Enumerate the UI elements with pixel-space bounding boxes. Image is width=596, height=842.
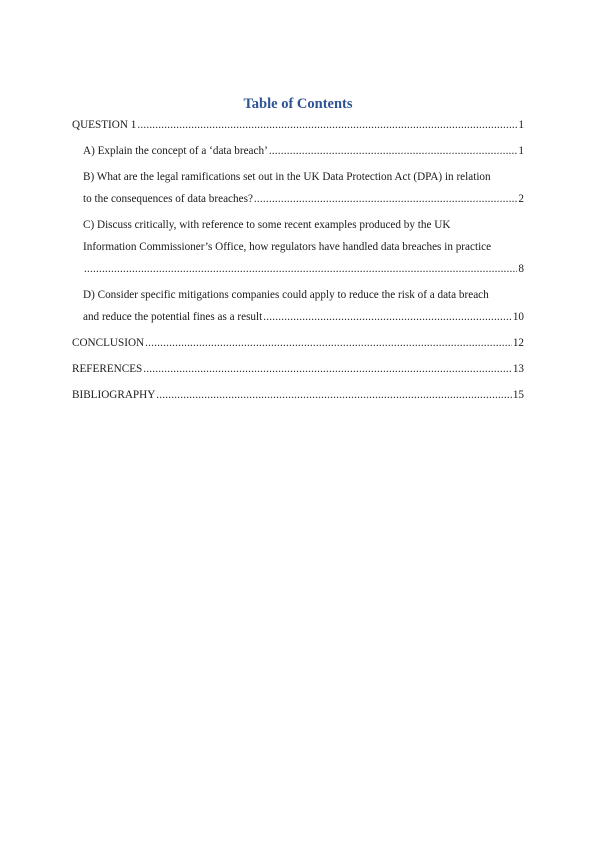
toc-dot-leader <box>145 332 512 354</box>
toc-entry-line: 8 <box>83 258 524 280</box>
toc-dot-leader <box>156 384 512 406</box>
toc-entry-text: to the consequences of data breaches? <box>83 188 253 210</box>
toc-page-number: 10 <box>513 306 524 328</box>
toc-page-number: 12 <box>513 332 524 354</box>
toc-entry-line: and reduce the potential fines as a resu… <box>83 306 524 328</box>
toc-entry[interactable]: QUESTION 11 <box>72 114 524 136</box>
toc-page-number: 8 <box>518 258 524 280</box>
toc-entry-line: C) Discuss critically, with reference to… <box>83 214 524 236</box>
toc-entry-line: B) What are the legal ramifications set … <box>83 166 524 188</box>
toc-entry-line: REFERENCES13 <box>72 358 524 380</box>
toc-dot-leader <box>263 306 512 328</box>
toc-entry-line: QUESTION 11 <box>72 114 524 136</box>
toc-entry-text: C) Discuss critically, with reference to… <box>83 219 450 231</box>
toc-entry[interactable]: BIBLIOGRAPHY15 <box>72 384 524 406</box>
toc-page-number: 2 <box>518 188 524 210</box>
toc-dot-leader <box>143 358 512 380</box>
document-page: Table of Contents QUESTION 11A) Explain … <box>0 0 596 842</box>
toc-entry[interactable]: B) What are the legal ramifications set … <box>72 166 524 210</box>
toc-page-number: 1 <box>518 114 524 136</box>
table-of-contents: QUESTION 11A) Explain the concept of a ‘… <box>72 114 524 406</box>
toc-entry-text: BIBLIOGRAPHY <box>72 384 155 406</box>
toc-entry-text: QUESTION 1 <box>72 114 136 136</box>
toc-entry-text: D) Consider specific mitigations compani… <box>83 289 489 301</box>
toc-entry-text: CONCLUSION <box>72 332 144 354</box>
toc-entry[interactable]: D) Consider specific mitigations compani… <box>72 284 524 328</box>
toc-dot-leader <box>254 188 518 210</box>
toc-entry-line: to the consequences of data breaches?2 <box>83 188 524 210</box>
toc-page-number: 15 <box>513 384 524 406</box>
toc-entry[interactable]: CONCLUSION12 <box>72 332 524 354</box>
toc-page-number: 1 <box>518 140 524 162</box>
toc-entry[interactable]: A) Explain the concept of a ‘data breach… <box>72 140 524 162</box>
toc-entry-text: A) Explain the concept of a ‘data breach… <box>83 140 268 162</box>
toc-dot-leader <box>84 258 517 280</box>
toc-entry-line: CONCLUSION12 <box>72 332 524 354</box>
toc-entry[interactable]: REFERENCES13 <box>72 358 524 380</box>
toc-entry-text: and reduce the potential fines as a resu… <box>83 306 262 328</box>
toc-entry-line: D) Consider specific mitigations compani… <box>83 284 524 306</box>
toc-entry-text: B) What are the legal ramifications set … <box>83 171 491 183</box>
toc-entry[interactable]: C) Discuss critically, with reference to… <box>72 214 524 280</box>
toc-page-number: 13 <box>513 358 524 380</box>
toc-entry-text: REFERENCES <box>72 358 142 380</box>
toc-entry-line: Information Commissioner’s Office, how r… <box>83 236 524 258</box>
toc-entry-line: A) Explain the concept of a ‘data breach… <box>83 140 524 162</box>
toc-dot-leader <box>137 114 517 136</box>
toc-dot-leader <box>269 140 518 162</box>
toc-title: Table of Contents <box>0 95 596 113</box>
toc-entry-line: BIBLIOGRAPHY15 <box>72 384 524 406</box>
toc-entry-text: Information Commissioner’s Office, how r… <box>83 241 491 253</box>
